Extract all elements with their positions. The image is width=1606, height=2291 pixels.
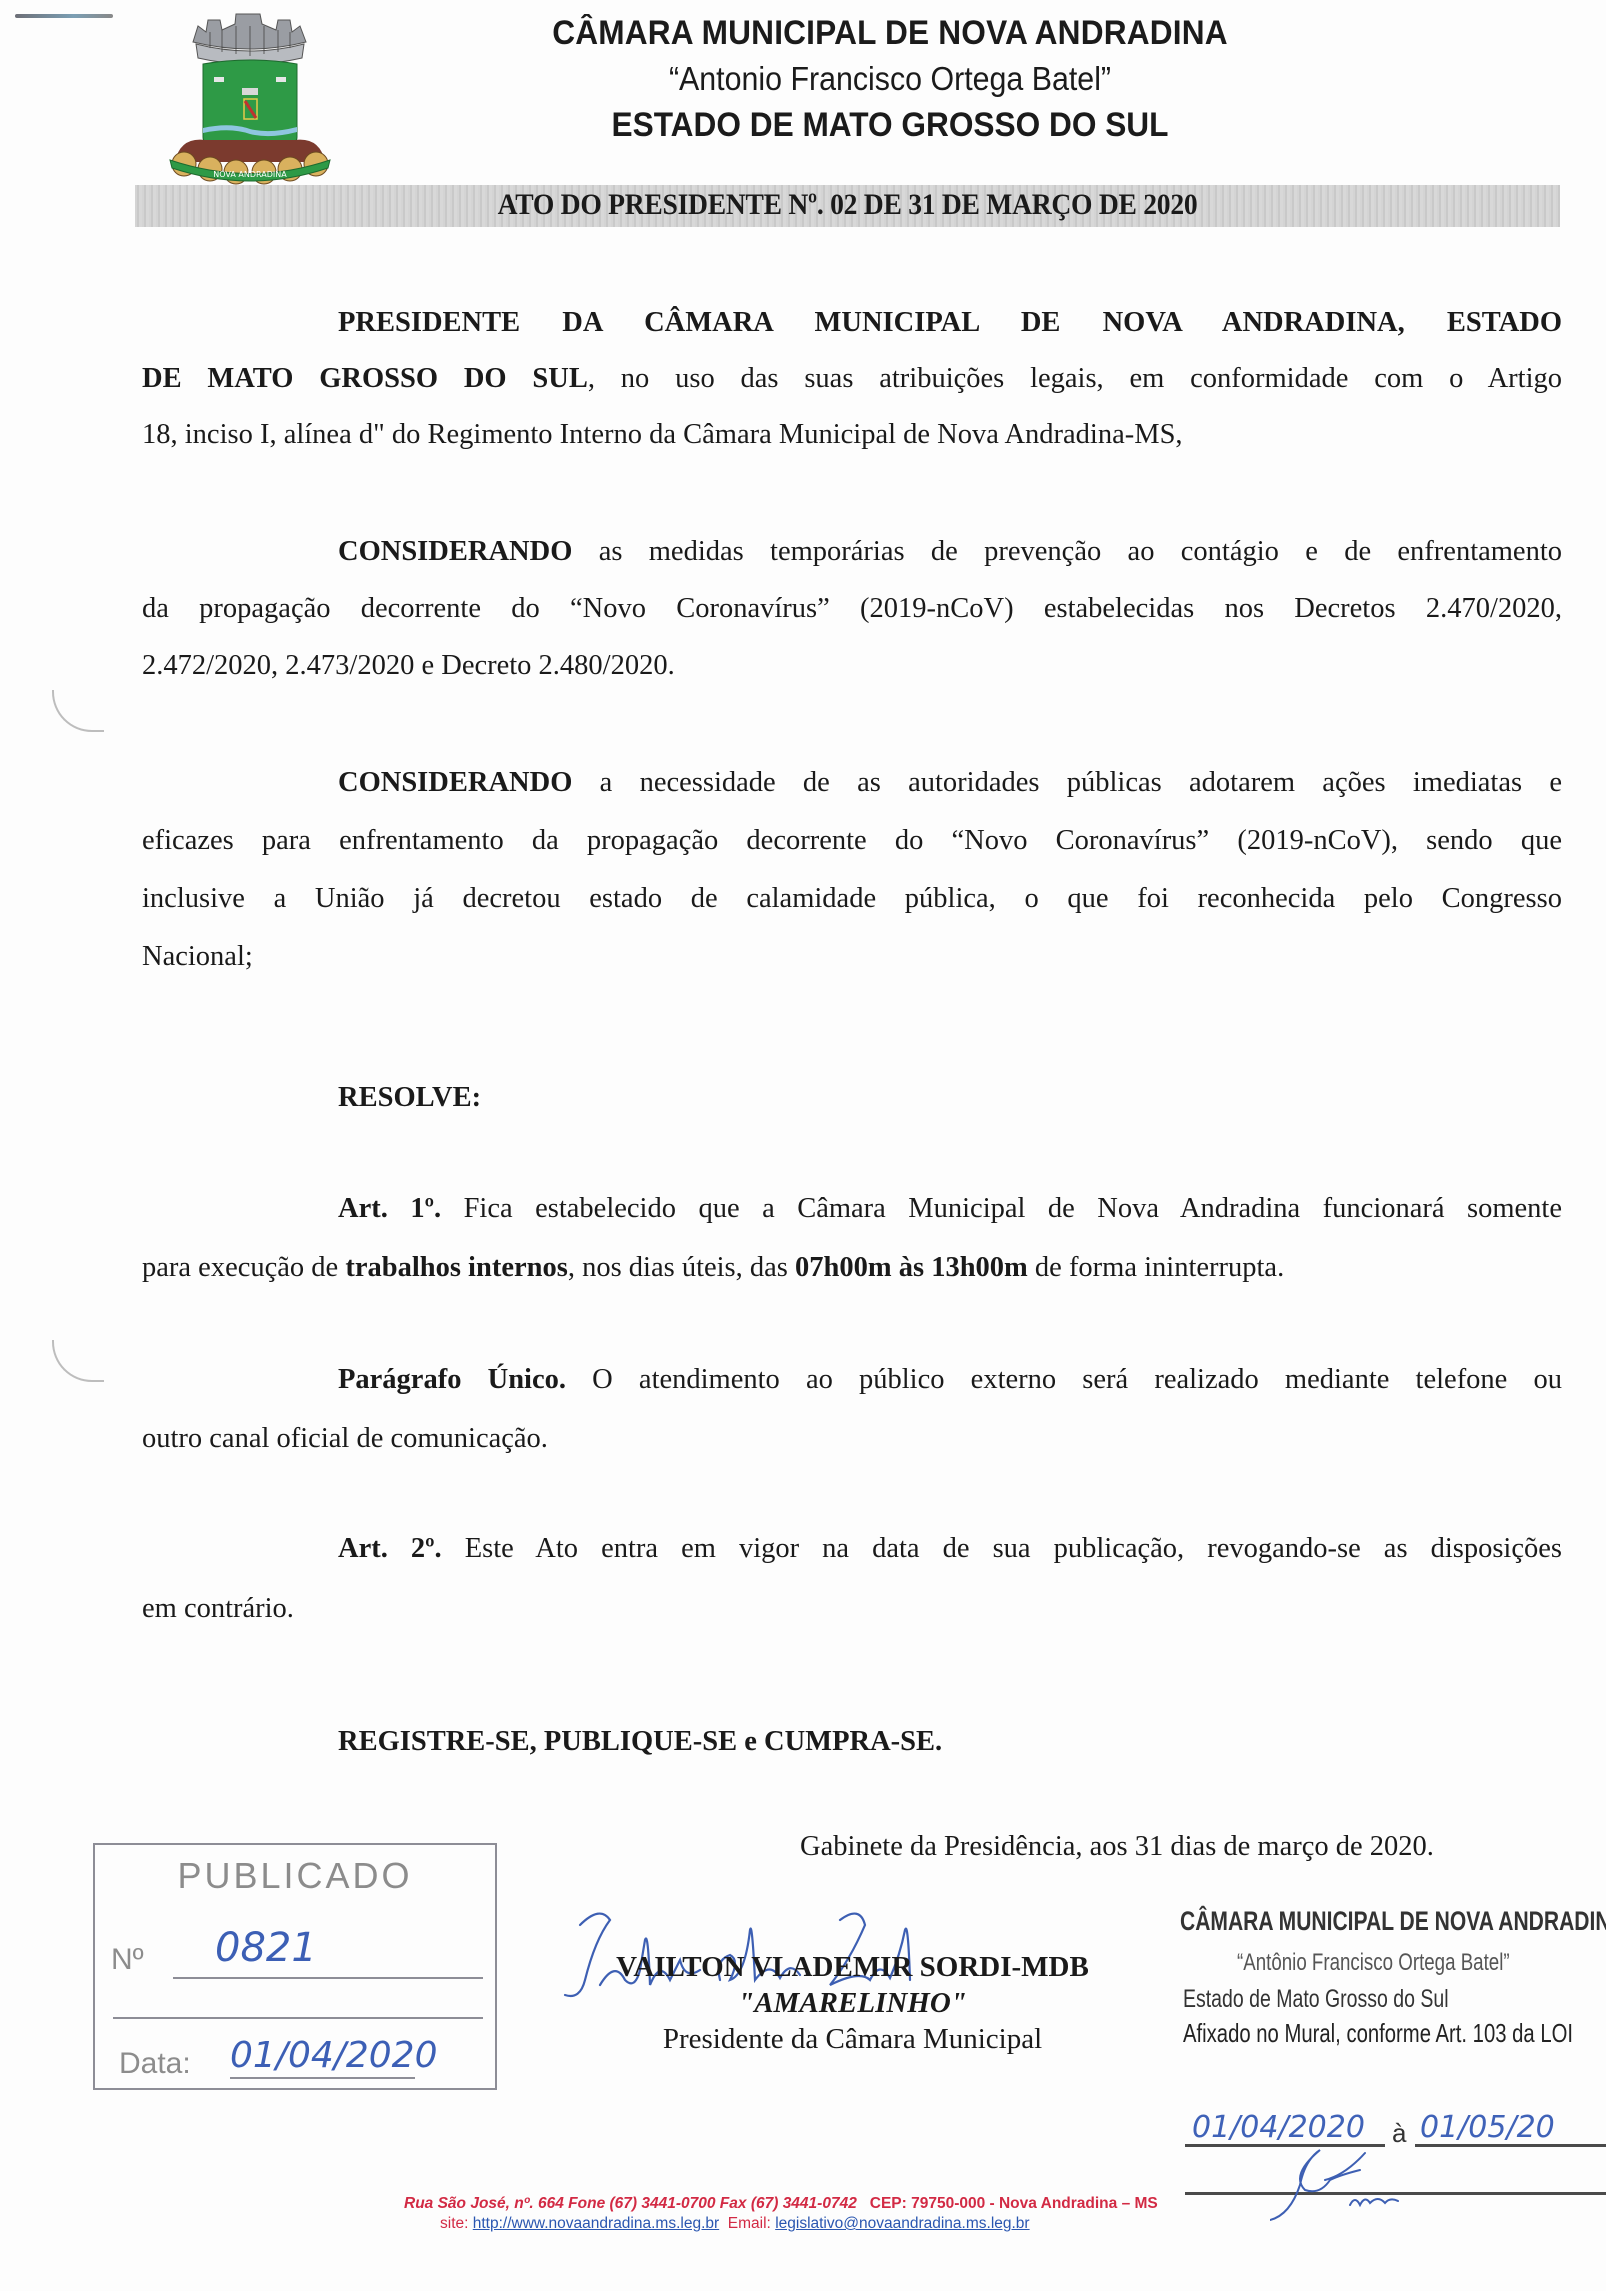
scan-mark [15,14,113,18]
article-2-line-1: Art. 2º. Este Ato entra em vigor na data… [338,1531,1562,1567]
stamp-number-value: 0821 [215,1925,317,1971]
footer-site-label: site: [440,2215,468,2232]
considerando-1-line-2: da propagação decorrente do “Novo Corona… [142,591,1562,627]
footer-address: Rua São José, nº. 664 Fone (67) 3441-070… [404,2195,1158,2213]
stamp-title: PUBLICADO [95,1855,495,1897]
preamble-heading: PRESIDENTE DA CÂMARA MUNICIPAL DE NOVA A… [338,307,1562,338]
article-1-line-1: Art. 1º. Fica estabelecido que a Câmara … [338,1191,1562,1227]
signatory-role: Presidente da Câmara Municipal [575,2023,1130,2056]
paragraph-unico-line-1: Parágrafo Único. O atendimento ao públic… [338,1362,1562,1398]
considerando-text: a necessidade de as autoridades públicas… [572,767,1562,798]
closing-text: REGISTRE-SE, PUBLIQUE-SE e CUMPRA-SE. [338,1726,942,1757]
paragraph-unico-line-2: outro canal oficial de comunicação. [142,1421,1562,1457]
considerando-keyword: CONSIDERANDO [338,767,572,798]
resolve-text: RESOLVE: [338,1082,481,1113]
article-text: Este Ato entra em vigor na data de sua p… [442,1533,1562,1564]
article-2-line-2: em contrário. [142,1591,1562,1627]
footer-site-link[interactable]: http://www.novaandradina.ms.leg.br [473,2215,719,2232]
preamble-line-1: PRESIDENTE DA CÂMARA MUNICIPAL DE NOVA A… [338,305,1562,341]
closing-formula: REGISTRE-SE, PUBLIQUE-SE e CUMPRA-SE. [338,1724,1562,1760]
footer-email-label: Email: [728,2215,771,2232]
considerando-text: as medidas temporárias de prevenção ao c… [572,536,1562,567]
stamp-number-underline [173,1977,483,1979]
article-emphasis: trabalhos internos [345,1252,567,1283]
stamp-date-label: Data: [119,2047,191,2081]
preamble-line-2: DE MATO GROSSO DO SUL, no uso das suas a… [142,361,1562,397]
posting-from-date: 01/04/2020 [1192,2110,1365,2145]
article-text: , nos dias úteis, das [568,1252,795,1283]
posting-stamp-state: Estado de Mato Grosso do Sul [1183,1985,1449,2014]
institution-state: ESTADO DE MATO GROSSO DO SUL [416,106,1365,145]
considerando-2-line-2: eficazes para enfrentamento da propagaçã… [142,823,1562,859]
place-and-date: Gabinete da Presidência, aos 31 dias de … [800,1829,1560,1865]
article-text: para execução de [142,1252,345,1283]
punch-hole-mark [52,690,104,732]
considerando-1-line-3: 2.472/2020, 2.473/2020 e Decreto 2.480/2… [142,648,1562,684]
signatory-nickname: "AMARELINHO" [575,1987,1130,2020]
preamble-line-3: 18, inciso I, alínea d" do Regimento Int… [142,417,1562,453]
stamp-number-label: Nº [111,1943,144,1977]
posting-stamp-institution: CÂMARA MUNICIPAL DE NOVA ANDRADIN [1180,1906,1606,1937]
footer-email-link[interactable]: legislativo@novaandradina.ms.leg.br [775,2215,1029,2232]
posting-to-date: 01/05/20 [1420,2110,1555,2145]
article-1-line-2: para execução de trabalhos internos, nos… [142,1250,1562,1286]
article-hours: 07h00m às 13h00m [795,1252,1028,1283]
posting-initials-icon [1270,2145,1410,2230]
considerando-2-line-3: inclusive a União já decretou estado de … [142,881,1562,917]
paragraph-label: Parágrafo Único. [338,1364,566,1395]
resolve-heading: RESOLVE: [338,1080,1562,1116]
preamble-heading-cont: DE MATO GROSSO DO SUL [142,363,588,394]
article-label: Art. 1º. [338,1193,441,1224]
punch-hole-mark [52,1340,104,1382]
stamp-date-underline [230,2077,415,2079]
posting-stamp-notice: Afixado no Mural, conforme Art. 103 da L… [1183,2018,1573,2049]
article-text: de forma ininterrupta. [1028,1252,1284,1283]
svg-text:NOVA ANDRADINA: NOVA ANDRADINA [213,170,287,179]
institution-name: CÂMARA MUNICIPAL DE NOVA ANDRADINA [416,14,1365,53]
preamble-text: , no uso das suas atribuições legais, em… [588,363,1562,394]
publication-stamp: PUBLICADO Nº 0821 Data: 01/04/2020 [93,1843,497,2090]
considerando-1-line-1: CONSIDERANDO as medidas temporárias de p… [338,534,1562,570]
considerando-keyword: CONSIDERANDO [338,536,572,567]
considerando-2-line-1: CONSIDERANDO a necessidade de as autorid… [338,765,1562,801]
footer-cep: CEP: 79750-000 - Nova Andradina – MS [870,2195,1158,2212]
stamp-blank-line [113,2017,483,2019]
paragraph-text: O atendimento ao público externo será re… [566,1364,1562,1395]
stamp-date-value: 01/04/2020 [230,2035,438,2076]
document-title: ATO DO PRESIDENTE Nº. 02 DE 31 DE MARÇO … [192,188,1503,222]
considerando-2-line-4: Nacional; [142,939,1562,975]
coat-of-arms-icon: NOVA ANDRADINA [150,12,350,187]
signatory-name: VAILTON VLADEMIR SORDI-MDB [575,1951,1130,1984]
article-text: Fica estabelecido que a Câmara Municipal… [441,1193,1562,1224]
posting-stamp-patron: “Antônio Francisco Ortega Batel” [1237,1949,1510,1977]
posting-to-underline [1415,2144,1606,2147]
institution-patron: “Antonio Francisco Ortega Batel” [421,60,1359,98]
document-title-bar: ATO DO PRESIDENTE Nº. 02 DE 31 DE MARÇO … [135,185,1560,227]
footer-address-text: Rua São José, nº. 664 Fone (67) 3441-070… [404,2195,857,2212]
article-label: Art. 2º. [338,1533,442,1564]
footer-contacts: site: http://www.novaandradina.ms.leg.br… [440,2215,1030,2233]
